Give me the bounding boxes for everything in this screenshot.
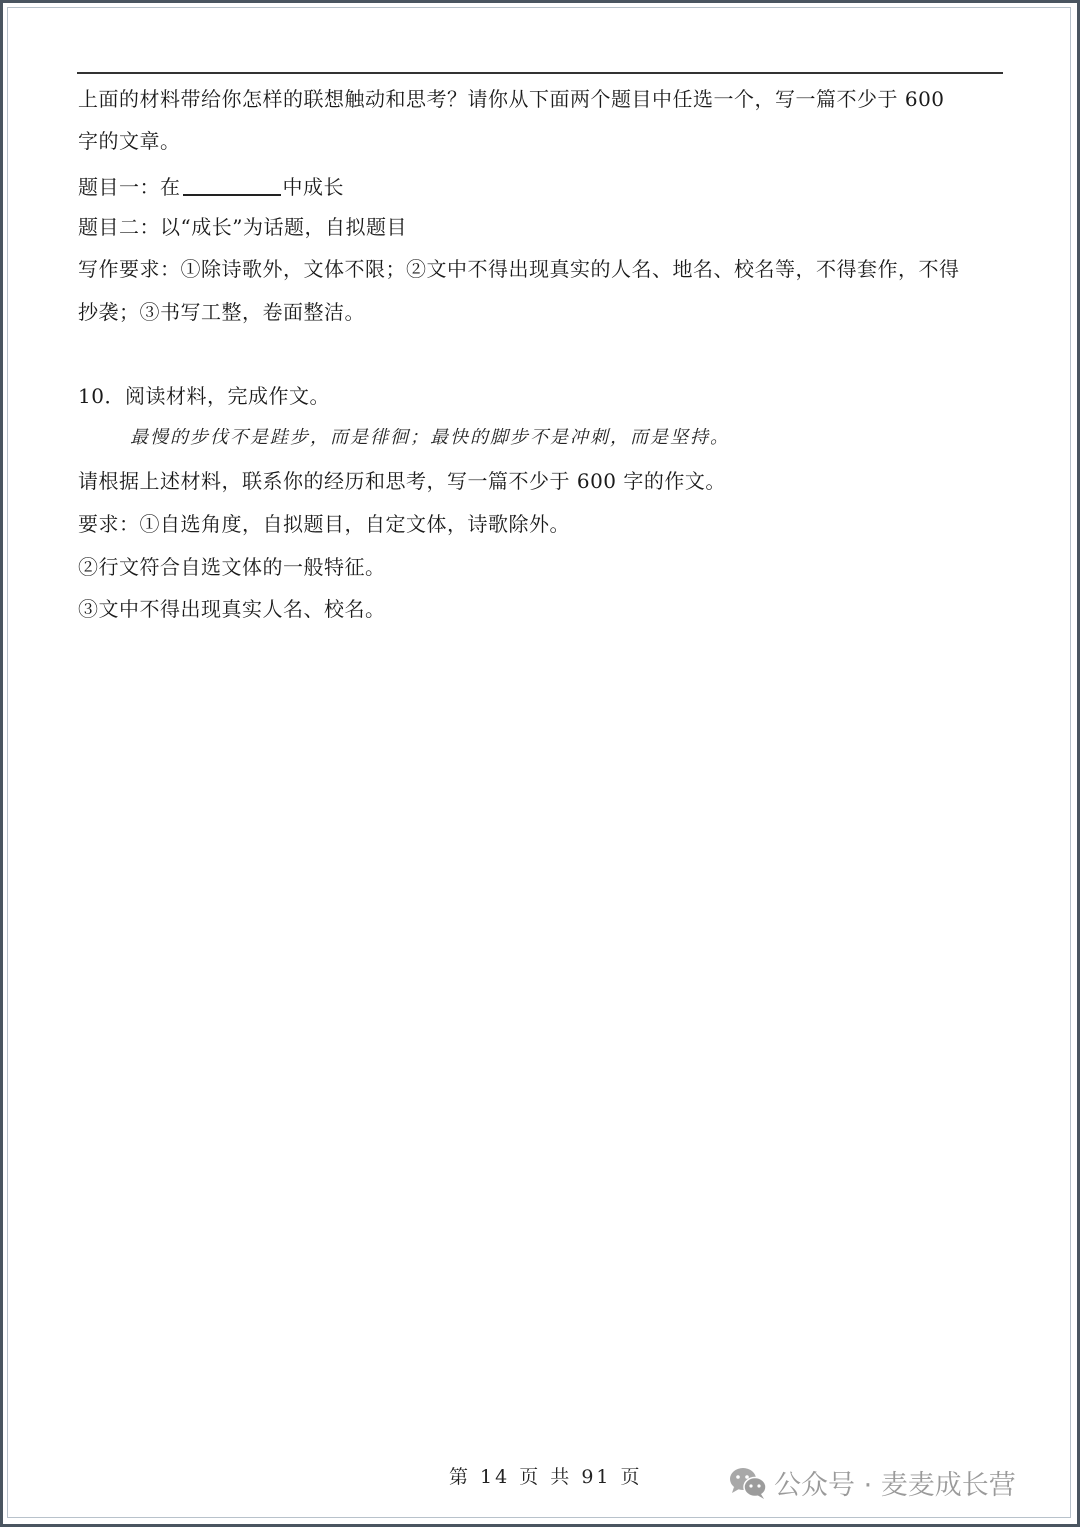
question-10-requirement-2: ②行文符合自选文体的一般特征。 [78,557,386,577]
topic-two: 题目二：以“成长”为话题，自拟题目 [78,217,407,237]
question-10-requirement-1: 要求：①自选角度，自拟题目，自定文体，诗歌除外。 [78,514,570,534]
question-10-heading: 10．阅读材料，完成作文。 [78,386,330,406]
question-10-quote: 最慢的步伐不是跬步，而是徘徊；最快的脚步不是冲刺，而是坚持。 [130,429,730,447]
question-10-requirement-3: ③文中不得出现真实人名、校名。 [78,599,386,619]
watermark-text: 公众号 · 麦麦成长营 [774,1463,1016,1502]
requirements-line-2: 抄袭；③书写工整，卷面整洁。 [78,302,365,322]
topic-one: 题目一：在中成长 [78,174,344,197]
requirements-line-1: 写作要求：①除诗歌外，文体不限；②文中不得出现真实的人名、地名、校名等，不得套作… [78,259,960,279]
page-indicator: 第 14 页 共 91 页 [449,1462,643,1489]
fill-in-blank [183,174,281,196]
topic-one-prefix: 题目一：在 [78,175,181,199]
intro-line-2: 字的文章。 [78,131,181,151]
question-10-instruction: 请根据上述材料，联系你的经历和思考，写一篇不少于 600 字的作文。 [78,471,726,491]
header-rule [77,72,1003,74]
topic-one-suffix: 中成长 [283,175,345,199]
watermark: 公众号 · 麦麦成长营 [728,1463,1016,1502]
intro-line-1: 上面的材料带给你怎样的联想触动和思考？请你从下面两个题目中任选一个，写一篇不少于… [78,89,945,109]
wechat-icon [728,1465,768,1501]
